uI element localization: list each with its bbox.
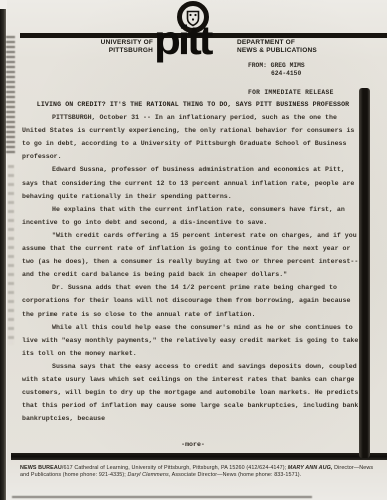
- paragraph-list: PITTSBURGH, October 31 -- In an inflatio…: [22, 111, 364, 425]
- news-bureau-footer: NEWS BUREAU/617 Cathedral of Learning, U…: [20, 465, 376, 479]
- footer-segment: MARY ANN AUG,: [288, 465, 333, 471]
- more-marker: -more-: [22, 438, 364, 451]
- footer-segment: Daryl Clemmens,: [128, 472, 171, 478]
- body-paragraph: "With credit cards offering a 15 percent…: [22, 229, 364, 281]
- footer-rule: [11, 453, 387, 460]
- release-status: FOR IMMEDIATE RELEASE: [248, 89, 334, 97]
- margin-stamp-mark: [6, 36, 15, 154]
- footer-segment: NEWS BUREAU: [20, 465, 62, 471]
- body-paragraph: PITTSBURGH, October 31 -- In an inflatio…: [22, 111, 364, 163]
- body-paragraph: Dr. Sussna adds that even the 14 1/2 per…: [22, 281, 364, 320]
- footer-segment: Associate Director—News (home phone: 833…: [170, 472, 301, 478]
- paper-sheet: UNIVERSITY OF PITTSBURGH pitt DEPARTMENT…: [7, 0, 387, 500]
- scan-right-edge-bar: [359, 88, 370, 458]
- scan-bottom-shadow: [12, 496, 312, 498]
- body-paragraph: Sussna says that the easy access to cred…: [22, 360, 364, 425]
- headline: LIVING ON CREDIT? IT'S THE RATIONAL THIN…: [22, 98, 364, 111]
- release-contact-block: FROM: GREG MIMS 624-4150 FOR IMMEDIATE R…: [248, 62, 334, 97]
- department-line2: NEWS & PUBLICATIONS: [237, 47, 347, 55]
- body-paragraph: Edward Sussna, professor of business adm…: [22, 163, 364, 202]
- pitt-wordmark: pitt: [154, 21, 210, 61]
- footer-segment: /617 Cathedral of Learning, University o…: [62, 465, 288, 471]
- contact-phone: 624-4150: [248, 70, 334, 78]
- body-paragraph: While all this could help ease the consu…: [22, 321, 364, 360]
- department-line1: DEPARTMENT OF: [237, 39, 347, 47]
- margin-faint-marks: [8, 165, 14, 345]
- release-body: LIVING ON CREDIT? IT'S THE RATIONAL THIN…: [22, 98, 364, 451]
- university-line2: PITTSBURGH: [85, 47, 153, 55]
- university-name: UNIVERSITY OF PITTSBURGH: [85, 39, 153, 54]
- from-line: FROM: GREG MIMS: [248, 62, 334, 70]
- body-paragraph: He explains that with the current inflat…: [22, 203, 364, 229]
- scanned-press-release-page: UNIVERSITY OF PITTSBURGH pitt DEPARTMENT…: [0, 0, 387, 500]
- university-line1: UNIVERSITY OF: [85, 39, 153, 47]
- department-name: DEPARTMENT OF NEWS & PUBLICATIONS: [237, 39, 347, 54]
